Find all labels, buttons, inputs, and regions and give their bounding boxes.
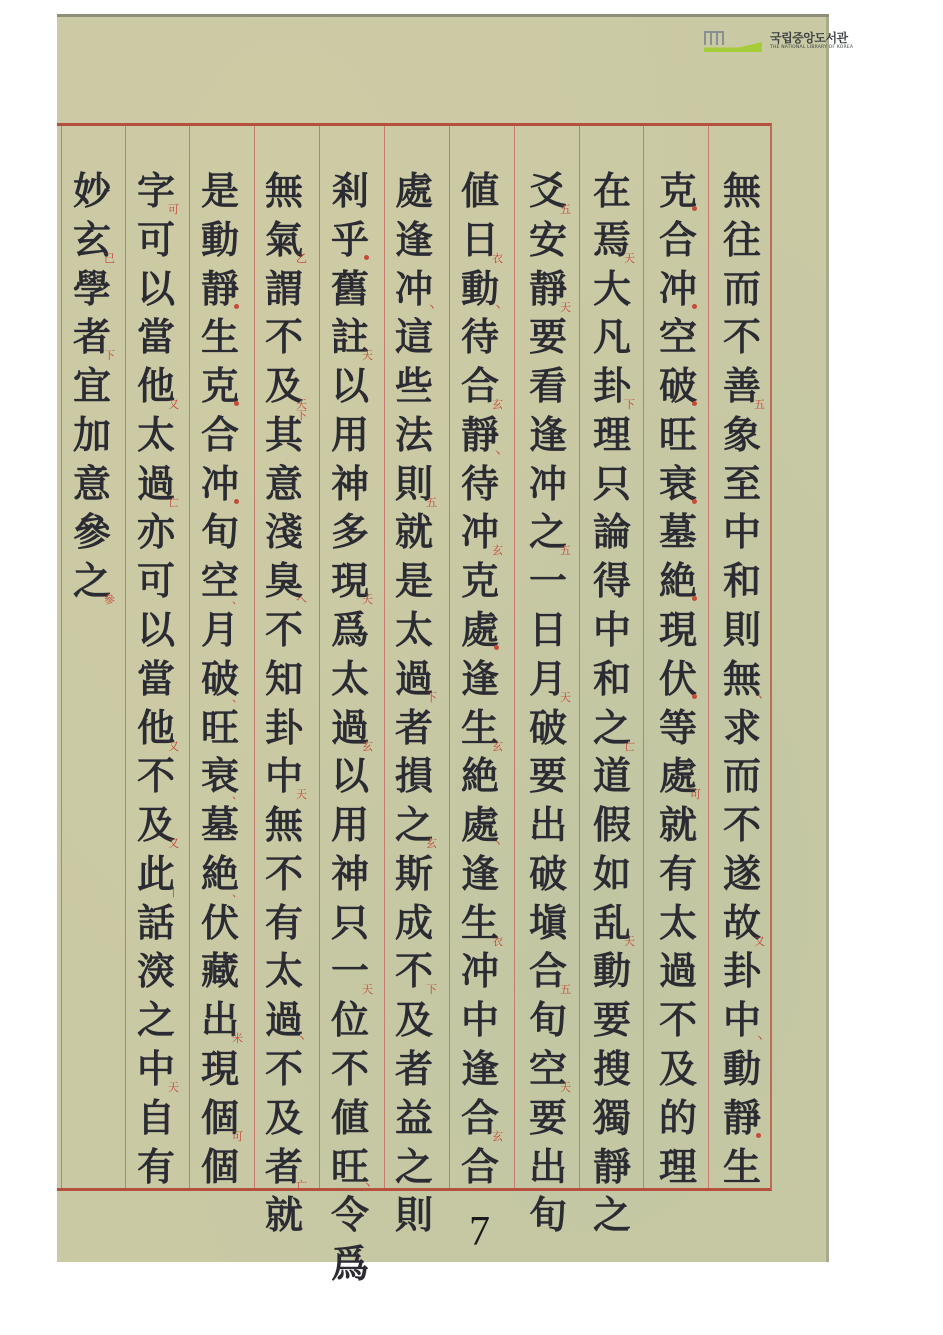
tone-annotation-mark: 五 bbox=[426, 497, 437, 508]
tone-annotation-mark: へ bbox=[296, 594, 307, 605]
tone-annotation-mark: 天 bbox=[560, 302, 571, 313]
punctuation-dot bbox=[234, 304, 239, 309]
text-column-6: 處逢冲這些法則就是太過者損之斯成不及者益之則丶五下玄下 bbox=[382, 160, 446, 1180]
character: 假 bbox=[593, 806, 631, 844]
character: 及 bbox=[265, 1099, 303, 1137]
character: 絶 bbox=[461, 757, 499, 795]
character: 中 bbox=[461, 1001, 499, 1039]
character: 成 bbox=[395, 904, 433, 942]
tone-annotation-mark: 亡 bbox=[296, 1180, 307, 1191]
tone-annotation-mark: 玄 bbox=[492, 1131, 503, 1142]
character: 往 bbox=[723, 221, 761, 259]
character: 之 bbox=[395, 1148, 433, 1186]
character: 待 bbox=[461, 465, 499, 503]
character: 不 bbox=[331, 1050, 369, 1088]
character: 理 bbox=[659, 1148, 697, 1186]
character: 者 bbox=[395, 1050, 433, 1088]
character: 話 bbox=[137, 904, 175, 942]
character: 現 bbox=[201, 1050, 239, 1088]
character: 而 bbox=[723, 757, 761, 795]
character: 安 bbox=[529, 221, 567, 259]
text-column-4: 爻安靜要看逢冲之一日月破要出破塡合旬空要出旬五天五天五天 bbox=[516, 160, 580, 1180]
tone-annotation-mark: 丨 bbox=[168, 887, 179, 898]
character: 益 bbox=[395, 1099, 433, 1137]
character: 及 bbox=[395, 1001, 433, 1039]
tone-annotation-mark: 下 bbox=[426, 692, 437, 703]
punctuation-dot bbox=[494, 645, 499, 650]
character: 墓 bbox=[201, 806, 239, 844]
text-column-11: 妙玄學者宜加意參之己下參 bbox=[60, 160, 124, 1180]
text-column-8: 無氣謂不及其意淺臭不知卦中無不有太過不及者就乙天下へ天丶亡 bbox=[252, 160, 316, 1180]
character: 旺 bbox=[659, 416, 697, 454]
character: 卦 bbox=[265, 709, 303, 747]
character: 處 bbox=[461, 611, 499, 649]
text-column-1: 無往而不善象至中和則無求而不遂故卦中動靜生五丶又丶 bbox=[710, 160, 774, 1180]
character: 亦 bbox=[137, 513, 175, 551]
character: 理 bbox=[593, 416, 631, 454]
character: 以 bbox=[331, 367, 369, 405]
character: 有 bbox=[659, 855, 697, 893]
character: 加 bbox=[73, 416, 111, 454]
character: 不 bbox=[723, 806, 761, 844]
character: 斯 bbox=[395, 855, 433, 893]
character: 就 bbox=[265, 1196, 303, 1234]
character: 多 bbox=[331, 513, 369, 551]
character: 旬 bbox=[201, 513, 239, 551]
tone-annotation-mark: 玄 bbox=[362, 741, 373, 752]
character: 獨 bbox=[593, 1099, 631, 1137]
character: 出 bbox=[529, 806, 567, 844]
character: 爲 bbox=[331, 1245, 369, 1283]
tone-annotation-mark: 己 bbox=[104, 253, 115, 264]
character: 克 bbox=[201, 367, 239, 405]
character: 生 bbox=[723, 1148, 761, 1186]
character: 神 bbox=[331, 855, 369, 893]
character: 知 bbox=[265, 660, 303, 698]
character: 就 bbox=[659, 806, 697, 844]
character: 生 bbox=[201, 318, 239, 356]
tone-annotation-mark: 可 bbox=[168, 204, 179, 215]
character: 凡 bbox=[593, 318, 631, 356]
character: 謂 bbox=[265, 270, 303, 308]
character: 處 bbox=[395, 172, 433, 210]
character: 損 bbox=[395, 757, 433, 795]
character: 參 bbox=[73, 513, 111, 551]
text-column-7: 剎乎舊註以用神多現爲太過以用神只一位不値旺令爲天天玄天丶 bbox=[318, 160, 382, 1180]
character: 和 bbox=[593, 660, 631, 698]
tone-annotation-mark: 天 bbox=[560, 692, 571, 703]
text-column-2: 克合冲空破旺衰墓絶現伏等處就有太過不及的理可 bbox=[646, 160, 710, 1180]
character: 無 bbox=[265, 172, 303, 210]
text-column-10: 字可以當他太過亦可以當他不及此話㴱之中自有可又亡又又丨天 bbox=[124, 160, 188, 1180]
character: 冲 bbox=[529, 465, 567, 503]
tone-annotation-mark: 五 bbox=[560, 204, 571, 215]
tone-annotation-mark: 、 bbox=[232, 887, 243, 898]
character: 待 bbox=[461, 318, 499, 356]
tone-annotation-mark: 下 bbox=[104, 350, 115, 361]
character: 可 bbox=[137, 221, 175, 259]
character: 得 bbox=[593, 562, 631, 600]
character: 逢 bbox=[395, 221, 433, 259]
tone-annotation-mark: 亡 bbox=[168, 497, 179, 508]
character: 者 bbox=[395, 709, 433, 747]
character: 太 bbox=[265, 952, 303, 990]
tone-annotation-mark: 五 bbox=[754, 399, 765, 410]
character: 塡 bbox=[529, 904, 567, 942]
library-name-english: THE NATIONAL LIBRARY OF KOREA bbox=[770, 46, 853, 51]
character: 動 bbox=[723, 1050, 761, 1088]
character: 而 bbox=[723, 270, 761, 308]
character: 中 bbox=[593, 611, 631, 649]
column-rule-line bbox=[514, 126, 515, 1188]
character: 卦 bbox=[723, 952, 761, 990]
punctuation-dot bbox=[692, 694, 697, 699]
character: 冲 bbox=[461, 952, 499, 990]
tone-annotation-mark: 衣 bbox=[492, 253, 503, 264]
tone-annotation-mark: 天 bbox=[560, 1082, 571, 1093]
library-building-logo-icon bbox=[704, 30, 762, 52]
character: 爲 bbox=[331, 611, 369, 649]
character: 則 bbox=[723, 611, 761, 649]
punctuation-dot bbox=[692, 206, 697, 211]
character: 破 bbox=[529, 709, 567, 747]
character: 一 bbox=[529, 562, 567, 600]
character: 用 bbox=[331, 416, 369, 454]
character: 合 bbox=[461, 1148, 499, 1186]
tone-annotation-mark: 可 bbox=[232, 1131, 243, 1142]
character: 的 bbox=[659, 1099, 697, 1137]
character: 妙 bbox=[73, 172, 111, 210]
tone-annotation-mark: 又 bbox=[754, 936, 765, 947]
character: 月 bbox=[201, 611, 239, 649]
character: 神 bbox=[331, 465, 369, 503]
library-name-korean: 국립중앙도서관 bbox=[770, 32, 853, 44]
tone-annotation-mark: 天 bbox=[296, 789, 307, 800]
tone-annotation-mark: 天 bbox=[624, 253, 635, 264]
character: 不 bbox=[265, 855, 303, 893]
character: 用 bbox=[331, 806, 369, 844]
character: 意 bbox=[265, 465, 303, 503]
character: 破 bbox=[529, 855, 567, 893]
character: 當 bbox=[137, 318, 175, 356]
tone-annotation-mark: 玄 bbox=[426, 838, 437, 849]
character: 伏 bbox=[201, 904, 239, 942]
character: 只 bbox=[593, 465, 631, 503]
tone-annotation-mark: 可 bbox=[690, 789, 701, 800]
punctuation-dot bbox=[364, 255, 369, 260]
character: 要 bbox=[529, 757, 567, 795]
character: 合 bbox=[659, 221, 697, 259]
tone-annotation-mark: 五 bbox=[560, 984, 571, 995]
character: 淺 bbox=[265, 513, 303, 551]
character: 只 bbox=[331, 904, 369, 942]
character: 無 bbox=[265, 806, 303, 844]
character: 値 bbox=[461, 172, 499, 210]
character: 克 bbox=[659, 172, 697, 210]
tone-annotation-mark: 又 bbox=[168, 838, 179, 849]
character: 求 bbox=[723, 709, 761, 747]
character: 以 bbox=[137, 270, 175, 308]
character: 當 bbox=[137, 660, 175, 698]
character: 冲 bbox=[201, 465, 239, 503]
tone-annotation-mark: 丶 bbox=[492, 448, 503, 459]
character: 等 bbox=[659, 709, 697, 747]
character: 過 bbox=[659, 952, 697, 990]
character: 太 bbox=[659, 904, 697, 942]
character: 不 bbox=[723, 318, 761, 356]
character: 空 bbox=[659, 318, 697, 356]
character: 動 bbox=[201, 221, 239, 259]
character: 就 bbox=[395, 513, 433, 551]
tone-annotation-mark: 五 bbox=[560, 545, 571, 556]
character: 不 bbox=[265, 1050, 303, 1088]
character: 伏 bbox=[659, 660, 697, 698]
tone-annotation-mark: 天下 bbox=[296, 399, 316, 421]
tone-annotation-mark: 參 bbox=[104, 594, 115, 605]
character: 以 bbox=[331, 757, 369, 795]
library-watermark: 국립중앙도서관 THE NATIONAL LIBRARY OF KOREA bbox=[704, 30, 853, 52]
character: 乎 bbox=[331, 221, 369, 259]
character: 無 bbox=[723, 172, 761, 210]
tone-annotation-mark: 、 bbox=[232, 594, 243, 605]
character: 太 bbox=[395, 611, 433, 649]
character: 之 bbox=[593, 1196, 631, 1234]
character: 太 bbox=[137, 416, 175, 454]
character: 藏 bbox=[201, 952, 239, 990]
tone-annotation-mark: 米 bbox=[232, 1033, 243, 1044]
tone-annotation-mark: 天 bbox=[168, 1082, 179, 1093]
character: 逢 bbox=[461, 1050, 499, 1088]
tone-annotation-mark: 亡 bbox=[624, 741, 635, 752]
character: 出 bbox=[529, 1148, 567, 1186]
tone-annotation-mark: 丶 bbox=[492, 302, 503, 313]
character: 不 bbox=[265, 318, 303, 356]
character: 令 bbox=[331, 1196, 369, 1234]
tone-annotation-mark: 玄 bbox=[492, 741, 503, 752]
character: 是 bbox=[201, 172, 239, 210]
character: 則 bbox=[395, 1196, 433, 1234]
character: 旬 bbox=[529, 1001, 567, 1039]
character: 舊 bbox=[331, 270, 369, 308]
tone-annotation-mark: 丶 bbox=[492, 838, 503, 849]
character: 意 bbox=[73, 465, 111, 503]
character: 象 bbox=[723, 416, 761, 454]
tone-annotation-mark: 下 bbox=[624, 399, 635, 410]
character: 靜 bbox=[593, 1148, 631, 1186]
character: 是 bbox=[395, 562, 433, 600]
tone-annotation-mark: 下 bbox=[426, 984, 437, 995]
character: 靜 bbox=[201, 270, 239, 308]
character: 現 bbox=[659, 611, 697, 649]
tone-annotation-mark: 、 bbox=[232, 789, 243, 800]
character: 位 bbox=[331, 1001, 369, 1039]
character: 可 bbox=[137, 562, 175, 600]
tone-annotation-mark: 天 bbox=[624, 936, 635, 947]
page-number: 7 bbox=[469, 1208, 490, 1256]
character: 冲 bbox=[659, 270, 697, 308]
character: 動 bbox=[593, 952, 631, 990]
character: 衰 bbox=[659, 465, 697, 503]
character: 有 bbox=[137, 1148, 175, 1186]
text-column-9: 是動靜生克合冲旬空月破旺衰墓絶伏藏出現個個、、、、米可 bbox=[188, 160, 252, 1180]
tone-annotation-mark: 天 bbox=[362, 984, 373, 995]
punctuation-dot bbox=[692, 499, 697, 504]
character: 論 bbox=[593, 513, 631, 551]
tone-annotation-mark: 丶 bbox=[426, 302, 437, 313]
tone-annotation-mark: 衣 bbox=[492, 936, 503, 947]
text-column-3: 在焉大凡卦理只論得中和之道假如乱動要搜獨靜之天下亡天 bbox=[580, 160, 644, 1180]
character: 逢 bbox=[529, 416, 567, 454]
character: 要 bbox=[593, 1001, 631, 1039]
character: 有 bbox=[265, 904, 303, 942]
character: 剎 bbox=[331, 172, 369, 210]
character: 看 bbox=[529, 367, 567, 405]
character: 些 bbox=[395, 367, 433, 405]
tone-annotation-mark: 天 bbox=[362, 594, 373, 605]
character: 不 bbox=[137, 757, 175, 795]
character: 不 bbox=[659, 1001, 697, 1039]
character: 破 bbox=[659, 367, 697, 405]
character: 太 bbox=[331, 660, 369, 698]
character: 不 bbox=[265, 611, 303, 649]
character: 如 bbox=[593, 855, 631, 893]
text-column-5: 値日動待合靜待冲克處逢生絶處逢生冲中逢合合衣丶玄丶玄玄丶衣玄 bbox=[448, 160, 512, 1180]
character: 個 bbox=[201, 1148, 239, 1186]
character: 墓 bbox=[659, 513, 697, 551]
character: 値 bbox=[331, 1099, 369, 1137]
character: 在 bbox=[593, 172, 631, 210]
tone-annotation-mark: 玄 bbox=[492, 399, 503, 410]
character: 要 bbox=[529, 318, 567, 356]
character: 中 bbox=[723, 513, 761, 551]
character: 之 bbox=[137, 1001, 175, 1039]
character: 法 bbox=[395, 416, 433, 454]
character: 克 bbox=[461, 562, 499, 600]
character: 和 bbox=[723, 562, 761, 600]
character: 自 bbox=[137, 1099, 175, 1137]
character: 旺 bbox=[201, 709, 239, 747]
tone-annotation-mark: 天 bbox=[362, 350, 373, 361]
tone-annotation-mark: 又 bbox=[168, 741, 179, 752]
character: 遂 bbox=[723, 855, 761, 893]
character: 宜 bbox=[73, 367, 111, 405]
character: 絶 bbox=[659, 562, 697, 600]
character: 㴱 bbox=[137, 952, 175, 990]
character: 要 bbox=[529, 1099, 567, 1137]
character: 及 bbox=[659, 1050, 697, 1088]
tone-annotation-mark: 玄 bbox=[492, 545, 503, 556]
character: 至 bbox=[723, 465, 761, 503]
character: 以 bbox=[137, 611, 175, 649]
character: 學 bbox=[73, 270, 111, 308]
punctuation-dot bbox=[692, 304, 697, 309]
character: 逢 bbox=[461, 660, 499, 698]
tone-annotation-mark: 又 bbox=[168, 399, 179, 410]
tone-annotation-mark: 丶 bbox=[362, 1180, 373, 1191]
tone-annotation-mark: 丶 bbox=[754, 692, 765, 703]
punctuation-dot bbox=[234, 499, 239, 504]
punctuation-dot bbox=[756, 1133, 761, 1138]
character: 合 bbox=[201, 416, 239, 454]
character: 大 bbox=[593, 270, 631, 308]
tone-annotation-mark: 丶 bbox=[754, 1033, 765, 1044]
tone-annotation-mark: 丶 bbox=[296, 1033, 307, 1044]
character: 搜 bbox=[593, 1050, 631, 1088]
character: 日 bbox=[529, 611, 567, 649]
character: 道 bbox=[593, 757, 631, 795]
character: 逢 bbox=[461, 855, 499, 893]
character: 這 bbox=[395, 318, 433, 356]
tone-annotation-mark: 、 bbox=[232, 692, 243, 703]
tone-annotation-mark: 乙 bbox=[296, 253, 307, 264]
character: 靜 bbox=[723, 1099, 761, 1137]
character: 旬 bbox=[529, 1196, 567, 1234]
